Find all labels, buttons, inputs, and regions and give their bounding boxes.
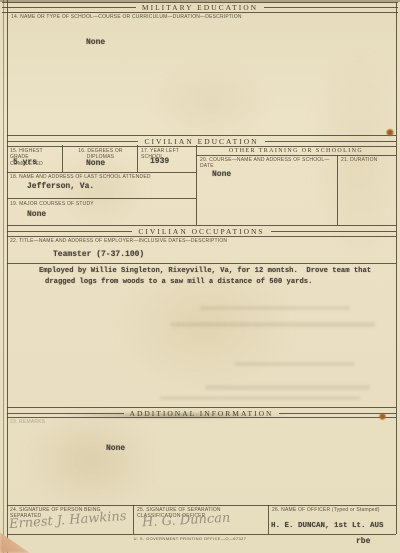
rule: [7, 172, 196, 173]
clerk-initials: rbe: [356, 537, 370, 546]
field-16-value: None: [86, 159, 105, 168]
ink-bleed-smudge: [235, 362, 355, 366]
field-17-value: 1939: [150, 157, 169, 166]
ink-stain-spot: [379, 413, 386, 420]
ink-bleed-smudge: [200, 306, 350, 310]
form-right-border: [396, 2, 397, 534]
field-15-value: 5 yrs: [13, 158, 37, 167]
field-23-label: 23. REMARKS: [10, 419, 130, 425]
field-20-value: None: [212, 170, 231, 179]
other-training-header: OTHER TRAINING OR SCHOOLING: [196, 148, 396, 154]
field-14-value: None: [86, 38, 105, 47]
field-26-label: 26. NAME OF OFFICER (Typed or Stamped): [272, 507, 394, 513]
rule: [2, 12, 398, 13]
field-18-value: Jefferson, Va.: [27, 182, 94, 191]
header-flank-line: [7, 141, 138, 142]
ink-bleed-smudge: [170, 322, 375, 327]
field-19-label: 19. MAJOR COURSES OF STUDY: [10, 201, 190, 207]
ink-bleed-smudge: [160, 396, 360, 400]
field-19-value: None: [27, 210, 46, 219]
rule: [7, 146, 396, 147]
scanned-form-page: MILITARY EDUCATION 14. NAME OR TYPE OF S…: [0, 0, 400, 553]
rule: [7, 263, 396, 264]
officer-typed-name: H. E. DUNCAN, 1st Lt. AUS: [271, 522, 384, 530]
occupation-description-line1: Employed by Willie Singleton, Rixeyville…: [39, 267, 371, 275]
rule: [196, 155, 396, 156]
field-20-label: 20. COURSE—NAME AND ADDRESS OF SCHOOL—DA…: [200, 157, 334, 170]
header-flank-line: [7, 231, 132, 232]
rule: [7, 236, 396, 237]
section-title: MILITARY EDUCATION: [142, 3, 258, 12]
field-21-label: 21. DURATION: [341, 157, 393, 163]
section-title: CIVILIAN EDUCATION: [144, 137, 258, 146]
corner-damage: [0, 528, 30, 553]
column-divider: [137, 145, 138, 172]
rule: [7, 534, 396, 535]
field-22-label: 22. TITLE—NAME AND ADDRESS OF EMPLOYER—I…: [10, 238, 310, 244]
section-title: CIVILIAN OCCUPATIONS: [138, 227, 264, 236]
column-divider: [133, 505, 134, 534]
column-divider: [62, 145, 63, 172]
header-flank-line: [2, 7, 136, 8]
rule: [7, 198, 196, 199]
column-divider: [337, 155, 338, 225]
section-header-military-education: MILITARY EDUCATION: [2, 3, 398, 12]
field-18-label: 18. NAME AND ADDRESS OF LAST SCHOOL ATTE…: [10, 174, 190, 180]
page-edge-line: [3, 0, 4, 553]
header-flank-line: [271, 231, 396, 232]
rule: [7, 505, 396, 506]
section-header-civilian-education: CIVILIAN EDUCATION: [7, 137, 396, 146]
field-23-value: None: [106, 444, 125, 453]
ink-stain-spot: [386, 129, 394, 136]
ink-bleed-smudge: [205, 385, 370, 390]
header-flank-line: [265, 141, 396, 142]
printing-office-note: U. S. GOVERNMENT PRINTING OFFICE—O—67327: [90, 536, 290, 541]
occupation-title: Teamster (7-37.100): [53, 250, 144, 259]
form-left-border: [7, 0, 8, 553]
column-divider: [196, 145, 197, 225]
occupation-description-line2: dragged logs from woods to a saw mill a …: [45, 278, 312, 286]
classification-officer-signature: H. G. Duncan: [142, 511, 231, 531]
section-header-civilian-occupations: CIVILIAN OCCUPATIONS: [7, 227, 396, 236]
header-flank-line: [264, 7, 398, 8]
field-14-label: 14. NAME OR TYPE OF SCHOOL—COURSE OR CUR…: [11, 14, 341, 20]
column-divider: [268, 505, 269, 534]
